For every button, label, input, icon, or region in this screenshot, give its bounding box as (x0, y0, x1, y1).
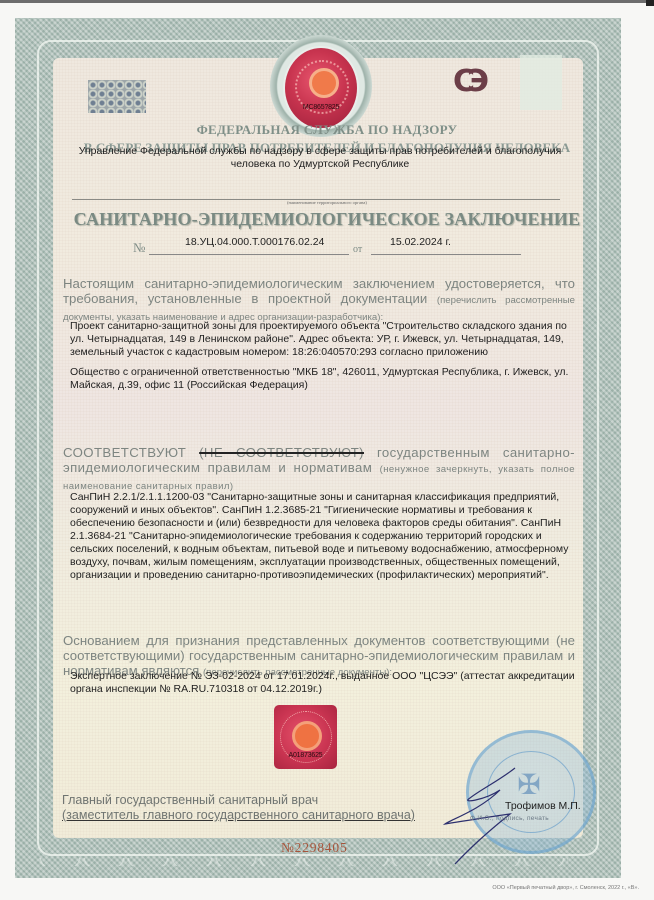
hologram-code: А01873625 (274, 752, 337, 759)
not-conform-struck: (НЕ СООТВЕТСТВУЮТ) (199, 445, 364, 460)
section2-lead: СООТВЕТСТВУЮТ (НЕ СООТВЕТСТВУЮТ) государ… (63, 445, 575, 494)
number-underline (149, 254, 349, 255)
section1-lead: Настоящим санитарно-эпидемиологическим з… (63, 276, 575, 325)
developer-organization: Общество с ограниченной ответственностью… (70, 366, 580, 392)
document-number: 18.УЦ.04.000.Т.000176.02.24 (185, 236, 324, 248)
signer-caption: Ф.И.О., подпись, печать (470, 815, 549, 822)
scan-corner (646, 0, 654, 6)
scan-top-edge (0, 0, 654, 3)
hologram-seal-top: MC865?825 (285, 48, 357, 128)
hologram-logo-icon (292, 721, 322, 751)
date-underline (371, 254, 521, 255)
watermark (520, 55, 562, 110)
border-wave (38, 858, 568, 866)
se-logo-icon: СЭ (453, 64, 481, 99)
service-title: ФЕДЕРАЛЬНАЯ СЛУЖБА ПО НАДЗОРУ (0, 122, 654, 138)
organ-name-line1: Управление Федеральной службы по надзору… (70, 145, 570, 158)
signatory-subtitle: (заместитель главного государственного с… (62, 808, 415, 822)
hologram-seal-bottom: А01873625 (274, 705, 337, 769)
document-date: 15.02.2024 г. (390, 236, 451, 248)
number-label: № (133, 240, 145, 256)
signer-name: Трофимов М.П. (505, 800, 581, 812)
expert-conclusion: Экспертное заключение № ЭЗ-02-2024 от 17… (70, 670, 580, 696)
security-pattern (88, 80, 146, 113)
territorial-organ-name: Управление Федеральной службы по надзору… (70, 145, 570, 171)
document-title: САНИТАРНО-ЭПИДЕМИОЛОГИЧЕСКОЕ ЗАКЛЮЧЕНИЕ (0, 209, 654, 230)
sanitary-rules: СанПиН 2.2.1/2.1.1.1200-03 "Санитарно-за… (70, 491, 580, 582)
hologram-logo-icon (309, 68, 339, 98)
eagle-emblem-icon: ✠ (509, 767, 549, 803)
document-number-row: № 18.УЦ.04.000.Т.000176.02.24 от 15.02.2… (133, 236, 563, 256)
signatory-title: Главный государственный санитарный врач (62, 793, 318, 807)
official-stamp: ✠ (466, 730, 596, 854)
conform-word: СООТВЕТСТВУЮТ (63, 445, 186, 460)
date-label: от (353, 244, 362, 255)
form-serial-number: №2298405 (281, 840, 348, 856)
organ-name-line2: человека по Удмуртской Республике (70, 158, 570, 171)
printer-imprint: ООО «Первый печатный двор», г. Смоленск,… (492, 885, 639, 891)
organ-caption: (наименование территориального органа) (0, 200, 654, 205)
project-description: Проект санитарно-защитной зоны для проек… (70, 320, 580, 359)
hologram-code: MC865?825 (285, 104, 357, 111)
